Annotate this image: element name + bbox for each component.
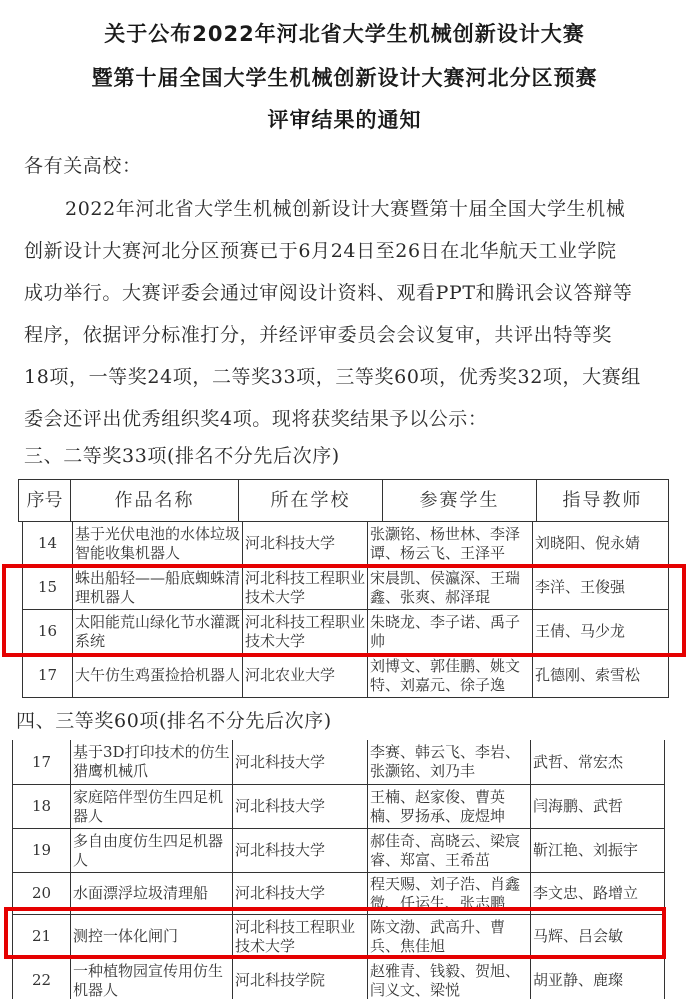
row-work: 测控一体化闸门 [70,914,233,959]
row-school: 河北科技大学 [242,521,368,566]
body-line-1: 2022年河北省大学生机械创新设计大赛暨第十届全国大学生机械 [65,194,689,221]
row-advisors: 胡亚静、鹿璨 [530,958,665,999]
row-school: 河北科技大学 [232,828,368,873]
row-students: 刘博文、郭佳鹏、姚文特、刘嘉元、徐子逸 [367,653,533,698]
row-school: 河北农业大学 [242,653,368,698]
row-advisors: 王倩、马少龙 [532,609,669,654]
row-work: 基于光伏电池的水体垃圾智能收集机器人 [72,521,243,566]
row-students: 朱晓龙、李子诺、禹子帅 [367,609,533,654]
row-work: 蛛出船轻——船底蜘蛛清理机器人 [72,565,243,610]
row-no: 18 [12,784,71,829]
row-advisors: 闫海鹏、武哲 [530,784,665,829]
row-advisors: 靳江艳、刘振宇 [530,828,665,873]
row-school: 河北科技大学 [232,784,368,829]
row-work: 多自由度仿生四足机器人 [70,828,233,873]
row-students: 张灏铭、杨世林、李泽谭、杨云飞、王泽平 [367,521,533,566]
section-heading-third-prize: 四、三等奖60项(排名不分先后次序) [16,706,666,733]
row-advisors: 刘晓阳、倪永婧 [532,521,669,566]
row-school: 河北科技大学 [232,740,368,785]
row-students: 宋晨凯、侯瀛深、王瑞鑫、张爽、郝泽琨 [367,565,533,610]
row-advisors: 马辉、吕会敏 [530,914,665,959]
row-school: 河北科技工程职业技术大学 [242,609,368,654]
row-school: 河北科技工程职业技术大学 [242,565,368,610]
row-advisors: 孔德刚、索雪松 [532,653,669,698]
header-school: 所在学校 [238,479,383,522]
row-work: 家庭陪伴型仿生四足机器人 [70,784,233,829]
body-line-3: 成功举行。大赛评委会通过审阅设计资料、观看PPT和腾讯会议答辩等 [24,278,674,305]
row-school: 河北科技工程职业技术大学 [232,914,368,959]
row-work: 水面漂浮垃圾清理船 [70,872,233,915]
row-advisors: 李文忠、路增立 [530,872,665,915]
document-title-line-3: 评审结果的通知 [0,104,689,134]
row-school: 河北科技学院 [232,958,368,999]
row-no: 16 [22,609,73,654]
body-line-4: 程序，依据评分标准打分，并经评审委员会会议复审，共评出特等奖 [24,320,674,347]
body-line-5: 18项，一等奖24项，二等奖33项，三等奖60项，优秀奖32项，大赛组 [24,362,674,389]
header-no: 序号 [18,479,71,522]
row-work: 大午仿生鸡蛋捡拾机器人 [72,653,243,698]
row-no: 17 [12,740,71,785]
row-students: 陈文渤、武高升、曹兵、焦佳旭 [367,914,531,959]
body-line-6: 委会还评出优秀组织奖4项。现将获奖结果予以公示： [24,404,674,431]
row-work: 基于3D打印技术的仿生猎鹰机械爪 [70,740,233,785]
body-line-2: 创新设计大赛河北分区预赛已于6月24日至26日在北华航天工业学院 [24,236,674,263]
row-no: 14 [22,521,73,566]
row-students: 李赛、韩云飞、李岩、张灏铭、刘乃丰 [367,740,531,785]
section-heading-second-prize: 三、二等奖33项(排名不分先后次序) [24,441,674,468]
row-advisors: 武哲、常宏杰 [530,740,665,785]
row-no: 21 [12,914,71,959]
row-students: 郝佳奇、高晓云、梁宸睿、郑富、王希茁 [367,828,531,873]
header-advisors: 指导教师 [536,479,669,522]
row-work: 太阳能荒山绿化节水灌溉系统 [72,609,243,654]
row-students: 赵雅青、钱毅、贺旭、闫义文、梁悦 [367,958,531,999]
row-students: 王楠、赵家俊、曹英楠、罗扬承、庞煜坤 [367,784,531,829]
salutation: 各有关高校： [24,151,674,178]
document-title-line-1: 关于公布2022年河北省大学生机械创新设计大赛 [0,18,689,48]
row-no: 19 [12,828,71,873]
row-no: 20 [12,872,71,915]
row-school: 河北科技大学 [232,872,368,915]
row-advisors: 李洋、王俊强 [532,565,669,610]
row-work: 一种植物园宣传用仿生机器人 [70,958,233,999]
row-no: 15 [22,565,73,610]
header-work: 作品名称 [70,479,239,522]
document-title-line-2: 暨第十届全国大学生机械创新设计大赛河北分区预赛 [0,62,689,92]
row-no: 17 [22,653,73,698]
row-students: 程天赐、刘子浩、肖鑫微、任运生、张志鹏 [367,872,531,915]
header-students: 参赛学生 [382,479,537,522]
row-no: 22 [12,958,71,999]
